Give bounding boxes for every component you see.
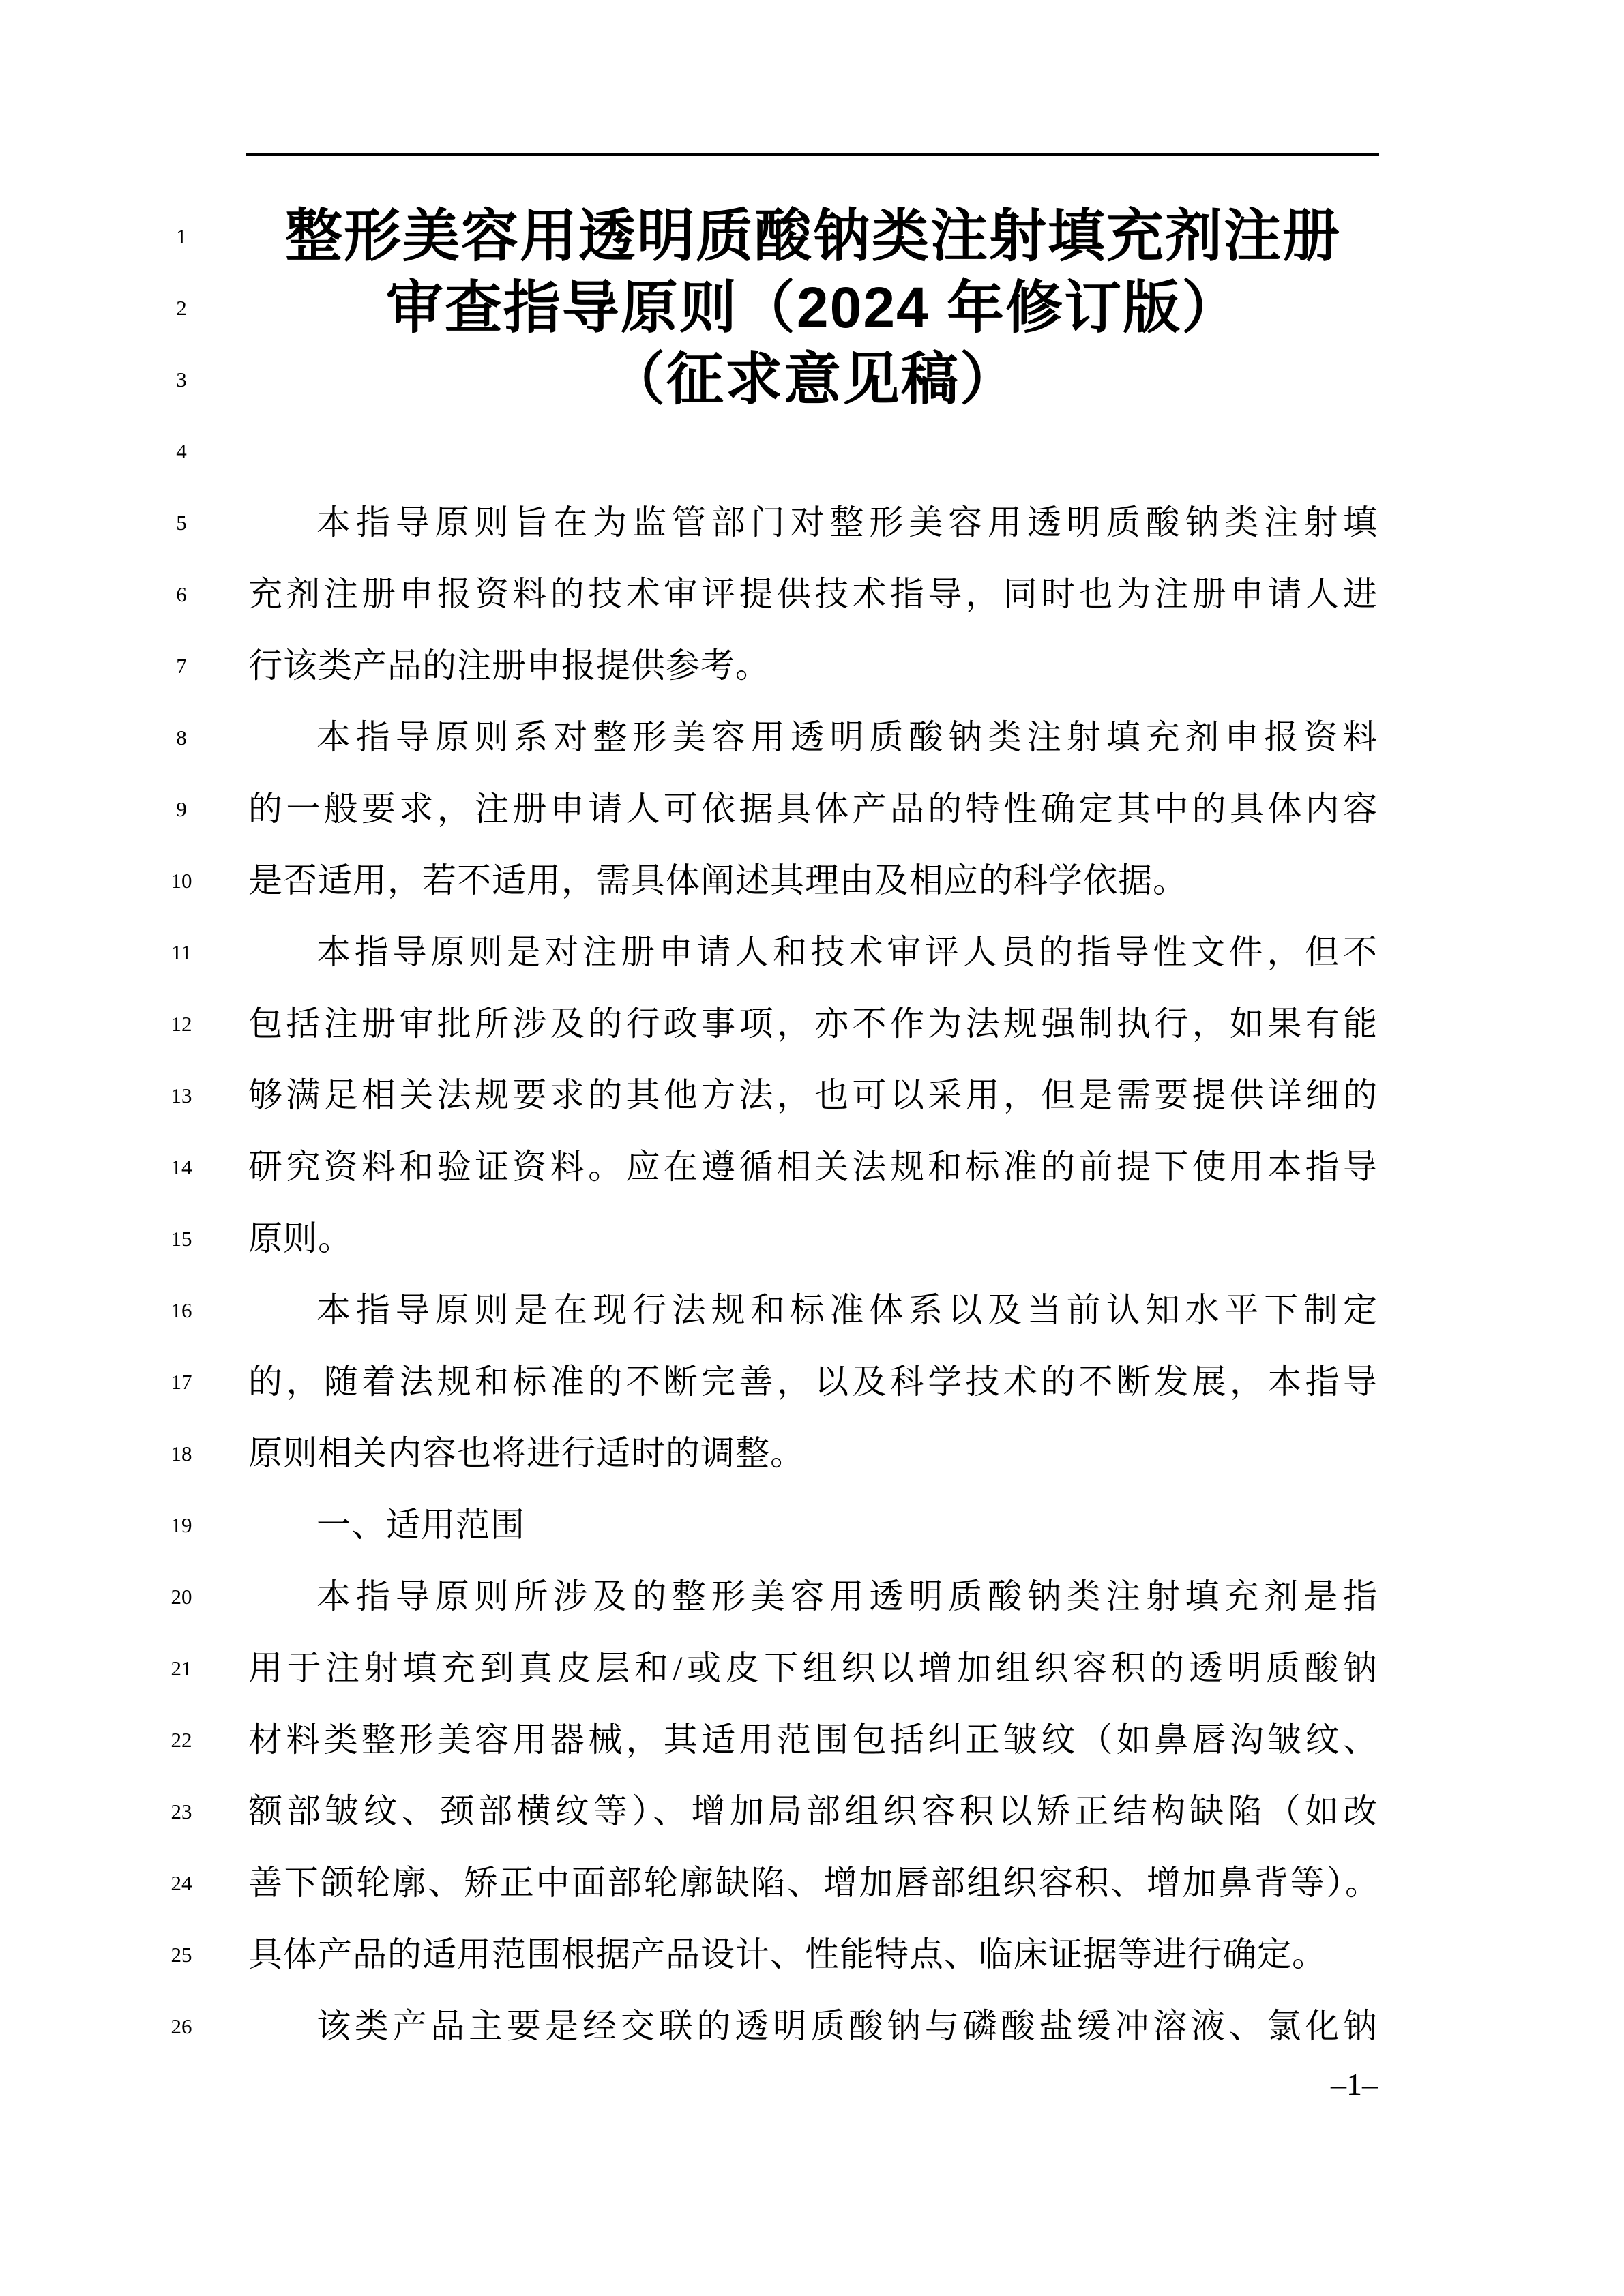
body-line: 具体产品的适用范围根据产品设计、性能特点、临床证据等进行确定。 [248, 1919, 1378, 1991]
title-line: （征求意见稿） [248, 344, 1378, 415]
body-line: 用于注射填充到真皮层和/或皮下组织以增加组织容积的透明质酸钠 [248, 1632, 1378, 1704]
document-line-22: 22材料类整形美容用器械，其适用范围包括纠正皱纹（如鼻唇沟皱纹、 [0, 1704, 1624, 1776]
body-line: 的一般要求，注册申请人可依据具体产品的特性确定其中的具体内容 [248, 773, 1378, 845]
body-line: 原则相关内容也将进行适时的调整。 [248, 1418, 1378, 1489]
document-page: 1整形美容用透明质酸钠类注射填充剂注册2审查指导原则（2024 年修订版）3（征… [0, 0, 1624, 2296]
line-number: 13 [141, 1060, 222, 1131]
document-line-26: 26该类产品主要是经交联的透明质酸钠与磷酸盐缓冲溶液、氯化钠 [0, 1991, 1624, 2062]
section-heading: 一、适用范围 [248, 1489, 1378, 1561]
body-line: 本指导原则是在现行法规和标准体系以及当前认知水平下制定 [248, 1274, 1378, 1346]
document-line-24: 24善下颌轮廓、矫正中面部轮廓缺陷、增加唇部组织容积、增加鼻背等）。 [0, 1847, 1624, 1919]
line-number: 10 [141, 845, 222, 916]
document-line-9: 9的一般要求，注册申请人可依据具体产品的特性确定其中的具体内容 [0, 773, 1624, 845]
line-number: 9 [141, 773, 222, 845]
document-line-19: 19一、适用范围 [0, 1489, 1624, 1561]
body-line: 本指导原则系对整形美容用透明质酸钠类注射填充剂申报资料 [248, 702, 1378, 773]
line-number: 22 [141, 1704, 222, 1776]
body-line: 的，随着法规和标准的不断完善，以及科学技术的不断发展，本指导 [248, 1346, 1378, 1418]
document-line-2: 2审查指导原则（2024 年修订版） [0, 272, 1624, 344]
line-number: 1 [141, 200, 222, 272]
body-line: 是否适用，若不适用，需具体阐述其理由及相应的科学依据。 [248, 845, 1378, 916]
line-number: 17 [141, 1346, 222, 1418]
document-line-15: 15原则。 [0, 1203, 1624, 1274]
document-line-16: 16本指导原则是在现行法规和标准体系以及当前认知水平下制定 [0, 1274, 1624, 1346]
body-line: 够满足相关法规要求的其他方法，也可以采用，但是需要提供详细的 [248, 1060, 1378, 1131]
page-number: –1– [1200, 2061, 1378, 2108]
document-line-20: 20本指导原则所涉及的整形美容用透明质酸钠类注射填充剂是指 [0, 1561, 1624, 1632]
body-line: 本指导原则旨在为监管部门对整形美容用透明质酸钠类注射填 [248, 487, 1378, 558]
document-line-13: 13够满足相关法规要求的其他方法，也可以采用，但是需要提供详细的 [0, 1060, 1624, 1131]
line-number: 15 [141, 1203, 222, 1274]
document-line-1: 1整形美容用透明质酸钠类注射填充剂注册 [0, 200, 1624, 272]
body-line: 原则。 [248, 1203, 1378, 1274]
line-number: 21 [141, 1632, 222, 1704]
document-line-7: 7行该类产品的注册申报提供参考。 [0, 630, 1624, 702]
body-line: 本指导原则是对注册申请人和技术审评人员的指导性文件，但不 [248, 916, 1378, 988]
body-line: 该类产品主要是经交联的透明质酸钠与磷酸盐缓冲溶液、氯化钠 [248, 1991, 1378, 2062]
line-number: 4 [141, 415, 222, 487]
line-number: 25 [141, 1919, 222, 1991]
line-number: 7 [141, 630, 222, 702]
line-number: 14 [141, 1131, 222, 1203]
line-number: 26 [141, 1991, 222, 2062]
line-number: 11 [141, 916, 222, 988]
line-number: 8 [141, 702, 222, 773]
line-number: 5 [141, 487, 222, 558]
document-line-8: 8本指导原则系对整形美容用透明质酸钠类注射填充剂申报资料 [0, 702, 1624, 773]
title-line: 整形美容用透明质酸钠类注射填充剂注册 [248, 200, 1378, 272]
line-number: 23 [141, 1776, 222, 1847]
line-number: 18 [141, 1418, 222, 1489]
document-line-25: 25具体产品的适用范围根据产品设计、性能特点、临床证据等进行确定。 [0, 1919, 1624, 1991]
line-number: 16 [141, 1274, 222, 1346]
body-line: 本指导原则所涉及的整形美容用透明质酸钠类注射填充剂是指 [248, 1561, 1378, 1632]
document-lines: 1整形美容用透明质酸钠类注射填充剂注册2审查指导原则（2024 年修订版）3（征… [0, 200, 1624, 2062]
document-line-18: 18原则相关内容也将进行适时的调整。 [0, 1418, 1624, 1489]
header-rule [246, 153, 1379, 156]
document-line-10: 10是否适用，若不适用，需具体阐述其理由及相应的科学依据。 [0, 845, 1624, 916]
line-number: 3 [141, 344, 222, 415]
document-line-14: 14研究资料和验证资料。应在遵循相关法规和标准的前提下使用本指导 [0, 1131, 1624, 1203]
body-line: 研究资料和验证资料。应在遵循相关法规和标准的前提下使用本指导 [248, 1131, 1378, 1203]
line-number: 19 [141, 1489, 222, 1561]
body-line: 额部皱纹、颈部横纹等）、增加局部组织容积以矫正结构缺陷（如改 [248, 1776, 1378, 1847]
body-line: 包括注册审批所涉及的行政事项，亦不作为法规强制执行，如果有能 [248, 988, 1378, 1060]
document-line-5: 5本指导原则旨在为监管部门对整形美容用透明质酸钠类注射填 [0, 487, 1624, 558]
document-line-12: 12包括注册审批所涉及的行政事项，亦不作为法规强制执行，如果有能 [0, 988, 1624, 1060]
line-number: 24 [141, 1847, 222, 1919]
title-line: 审查指导原则（2024 年修订版） [248, 272, 1378, 344]
document-line-17: 17的，随着法规和标准的不断完善，以及科学技术的不断发展，本指导 [0, 1346, 1624, 1418]
body-line: 材料类整形美容用器械，其适用范围包括纠正皱纹（如鼻唇沟皱纹、 [248, 1704, 1378, 1776]
document-line-11: 11本指导原则是对注册申请人和技术审评人员的指导性文件，但不 [0, 916, 1624, 988]
document-line-3: 3（征求意见稿） [0, 344, 1624, 415]
document-line-23: 23额部皱纹、颈部横纹等）、增加局部组织容积以矫正结构缺陷（如改 [0, 1776, 1624, 1847]
body-line: 善下颌轮廓、矫正中面部轮廓缺陷、增加唇部组织容积、增加鼻背等）。 [248, 1847, 1378, 1919]
document-line-21: 21用于注射填充到真皮层和/或皮下组织以增加组织容积的透明质酸钠 [0, 1632, 1624, 1704]
line-number: 20 [141, 1561, 222, 1632]
body-line: 充剂注册申报资料的技术审评提供技术指导，同时也为注册申请人进 [248, 558, 1378, 630]
line-number: 6 [141, 558, 222, 630]
body-line: 行该类产品的注册申报提供参考。 [248, 630, 1378, 702]
document-line-4: 4 [0, 415, 1624, 487]
document-line-6: 6充剂注册申报资料的技术审评提供技术指导，同时也为注册申请人进 [0, 558, 1624, 630]
line-number: 12 [141, 988, 222, 1060]
line-number: 2 [141, 272, 222, 344]
